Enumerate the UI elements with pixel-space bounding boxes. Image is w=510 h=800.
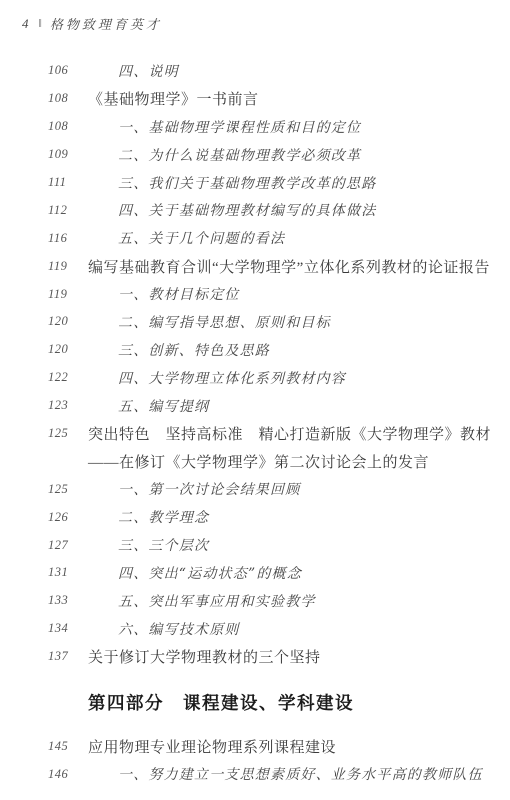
divider-bars-icon: ‖ (39, 16, 42, 31)
toc-entry-sub: 123 五、编写提纲 (0, 392, 510, 420)
toc-entry-sub: 108 一、基础物理学课程性质和目的定位 (0, 113, 510, 141)
toc-entry-label: 一、努力建立一支思想素质好、业务水平高的教师队伍 (88, 764, 483, 784)
toc-entry-main: 119 编写基础教育合训“大学物理学”立体化系列教材的论证报告 (0, 252, 510, 280)
toc-entry-label: 六、编写技术原则 (88, 619, 240, 639)
toc-entry-continuation: ——在修订《大学物理学》第二次讨论会上的发言 (0, 447, 510, 475)
toc-page-number: 111 (48, 175, 88, 190)
toc-entry-label: 四、突出“运动状态”的概念 (88, 563, 302, 583)
toc-page-number: 120 (48, 342, 88, 357)
toc-page-number: 119 (48, 259, 88, 274)
toc-page-number: 127 (48, 538, 88, 553)
toc-page-number: 137 (48, 649, 88, 664)
toc-entry-sub: 131 四、突出“运动状态”的概念 (0, 559, 510, 587)
toc-entry-label: 《基础物理学》一书前言 (88, 88, 259, 109)
toc-entry-label: 四、大学物理立体化系列教材内容 (88, 368, 346, 388)
book-toc-page: 4 ‖ 格物致理育英才 106 四、说明 108 《基础物理学》一书前言 108… (0, 0, 510, 800)
toc-entry-label: 二、教学理念 (88, 507, 209, 527)
toc-entry-sub: 125 一、第一次讨论会结果回顾 (0, 475, 510, 503)
toc-entry-label: 五、突出军事应用和实验教学 (88, 591, 316, 611)
toc-page-number: 145 (48, 739, 88, 754)
toc-entry-label: 一、第一次讨论会结果回顾 (88, 479, 300, 499)
toc-entry-sub: 111 三、我们关于基础物理教学改革的思路 (0, 169, 510, 197)
toc-entry-sub: 122 四、大学物理立体化系列教材内容 (0, 364, 510, 392)
toc-entry-main: 145 应用物理专业理论物理系列课程建设 (0, 733, 510, 761)
toc-list: 106 四、说明 108 《基础物理学》一书前言 108 一、基础物理学课程性质… (0, 57, 510, 788)
running-head: 4 ‖ 格物致理育英才 (22, 14, 162, 33)
toc-entry-label: 五、关于几个问题的看法 (88, 228, 285, 248)
toc-entry-section: 第四部分 课程建设、学科建设 (0, 679, 510, 727)
toc-entry-sub: 116 五、关于几个问题的看法 (0, 224, 510, 252)
toc-page-number: 106 (48, 63, 88, 78)
toc-page-number: 146 (48, 767, 88, 782)
toc-entry-main: 137 关于修订大学物理教材的三个坚持 (0, 643, 510, 671)
toc-entry-label: 四、关于基础物理教材编写的具体做法 (88, 200, 376, 220)
toc-page-number: 119 (48, 287, 88, 302)
toc-entry-sub: 127 三、三个层次 (0, 531, 510, 559)
toc-page-number: 116 (48, 231, 88, 246)
toc-entry-label: 三、三个层次 (88, 535, 209, 555)
toc-entry-label: 三、创新、特色及思路 (88, 340, 270, 360)
toc-entry-label: 一、基础物理学课程性质和目的定位 (88, 117, 361, 137)
toc-page-number: 108 (48, 91, 88, 106)
toc-entry-label: 二、编写指导思想、原则和目标 (88, 312, 331, 332)
toc-entry-sub: 146 一、努力建立一支思想素质好、业务水平高的教师队伍 (0, 760, 510, 788)
toc-page-number: 109 (48, 147, 88, 162)
toc-entry-label: 第四部分 课程建设、学科建设 (88, 690, 354, 715)
page-number: 4 (22, 16, 29, 32)
toc-entry-label: 三、我们关于基础物理教学改革的思路 (88, 173, 376, 193)
toc-page-number: 133 (48, 593, 88, 608)
toc-entry-main: 108 《基础物理学》一书前言 (0, 85, 510, 113)
toc-page-number: 134 (48, 621, 88, 636)
toc-entry-sub: 120 三、创新、特色及思路 (0, 336, 510, 364)
toc-page-number: 126 (48, 510, 88, 525)
toc-page-number: 125 (48, 426, 88, 441)
toc-page-number: 122 (48, 370, 88, 385)
toc-page-number: 112 (48, 203, 88, 218)
toc-entry-sub: 109 二、为什么说基础物理教学必须改革 (0, 141, 510, 169)
toc-entry-label: 编写基础教育合训“大学物理学”立体化系列教材的论证报告 (88, 256, 490, 277)
toc-entry-main: 125 突出特色 坚持高标准 精心打造新版《大学物理学》教材 (0, 420, 510, 448)
toc-page-number: 108 (48, 119, 88, 134)
toc-entry-sub: 134 六、编写技术原则 (0, 615, 510, 643)
toc-entry-label: 突出特色 坚持高标准 精心打造新版《大学物理学》教材 (88, 423, 491, 444)
toc-entry-label: 四、说明 (88, 61, 179, 81)
toc-entry-label: 应用物理专业理论物理系列课程建设 (88, 736, 336, 757)
toc-entry-label: 一、教材目标定位 (88, 284, 240, 304)
toc-page-number: 120 (48, 314, 88, 329)
toc-entry-sub: 112 四、关于基础物理教材编写的具体做法 (0, 196, 510, 224)
toc-entry-label: 五、编写提纲 (88, 396, 209, 416)
toc-page-number: 125 (48, 482, 88, 497)
toc-page-number: 131 (48, 565, 88, 580)
toc-entry-label: 二、为什么说基础物理教学必须改革 (88, 145, 361, 165)
toc-entry-label: 关于修订大学物理教材的三个坚持 (88, 646, 321, 667)
toc-page-number: 123 (48, 398, 88, 413)
toc-entry-sub: 119 一、教材目标定位 (0, 280, 510, 308)
toc-entry-label: ——在修订《大学物理学》第二次讨论会上的发言 (88, 451, 429, 472)
toc-entry-sub: 126 二、教学理念 (0, 503, 510, 531)
toc-entry-sub: 120 二、编写指导思想、原则和目标 (0, 308, 510, 336)
toc-entry-sub: 133 五、突出军事应用和实验教学 (0, 587, 510, 615)
toc-entry-sub: 106 四、说明 (0, 57, 510, 85)
running-head-title: 格物致理育英才 (50, 14, 162, 33)
